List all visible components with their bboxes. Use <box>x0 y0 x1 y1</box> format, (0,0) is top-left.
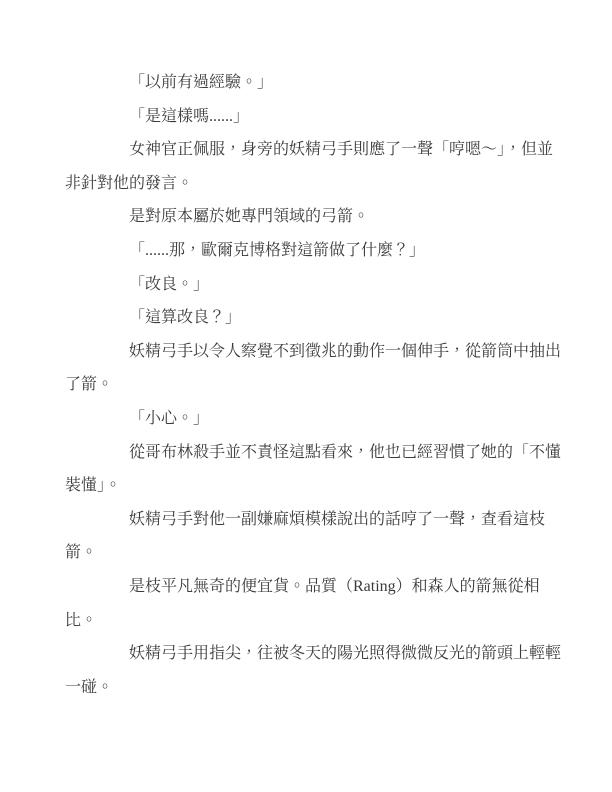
paragraph: 是對原本屬於她專門領域的弓箭。 <box>65 200 565 234</box>
document-page: 「以前有過經驗。」 「是這樣嗎......」 女神官正佩服，身旁的妖精弓手則應了… <box>0 0 612 792</box>
paragraph: 妖精弓手以令人察覺不到徵兆的動作一個伸手，從箭筒中抽出了箭。 <box>65 335 565 402</box>
paragraph: 從哥布林殺手並不責怪這點看來，他也已經習慣了她的「不懂裝懂」。 <box>65 436 565 503</box>
paragraph: 是枝平凡無奇的便宜貨。品質（Rating）和森人的箭無從相比。 <box>65 570 565 637</box>
paragraph: 「以前有過經驗。」 <box>65 66 565 100</box>
paragraph: 「......那，歐爾克博格對這箭做了什麼？」 <box>65 234 565 268</box>
paragraph: 女神官正佩服，身旁的妖精弓手則應了一聲「哼嗯～」，但並非針對他的發言。 <box>65 133 565 200</box>
paragraph: 妖精弓手對他一副嫌麻煩模樣說出的話哼了一聲，查看這枝箭。 <box>65 503 565 570</box>
page-text-block: 「以前有過經驗。」 「是這樣嗎......」 女神官正佩服，身旁的妖精弓手則應了… <box>65 66 565 704</box>
paragraph: 「是這樣嗎......」 <box>65 100 565 134</box>
paragraph: 「小心。」 <box>65 402 565 436</box>
paragraph: 「改良。」 <box>65 268 565 302</box>
paragraph: 妖精弓手用指尖，往被冬天的陽光照得微微反光的箭頭上輕輕一碰。 <box>65 637 565 704</box>
paragraph: 「這算改良？」 <box>65 301 565 335</box>
